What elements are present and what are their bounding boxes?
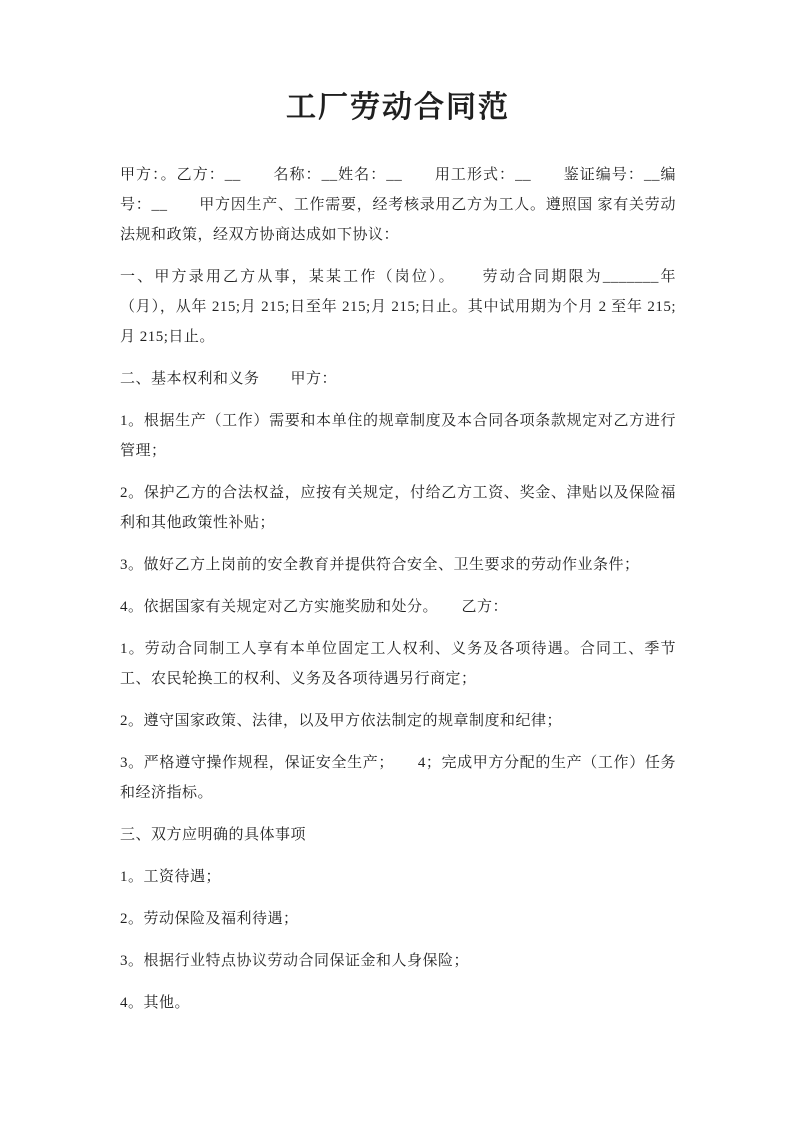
- list-item-matter-3-deposit-insurance: 3。根据行业特点协议劳动合同保证金和人身保险；: [120, 946, 676, 976]
- list-item-party-b-3-4: 3。严格遵守操作规程，保证安全生产； 4；完成甲方分配的生产（工作）任务和经济指…: [120, 748, 676, 808]
- list-item-matter-1-wages: 1。工资待遇；: [120, 862, 676, 892]
- list-item-party-a-2: 2。保护乙方的合法权益，应按有关规定，付给乙方工资、奖金、津贴以及保险福利和其他…: [120, 478, 676, 538]
- document-title: 工厂劳动合同范: [120, 88, 676, 127]
- list-item-matter-2-insurance-welfare: 2。劳动保险及福利待遇；: [120, 904, 676, 934]
- document-page: 工厂劳动合同范 甲方：。乙方：__ 名称：__姓名：__ 用工形式：__ 鉴证编…: [0, 0, 793, 1122]
- paragraph-clause-1-contract-term: 一、甲方录用乙方从事，某某工作（岗位）。 劳动合同期限为_______年（月），…: [120, 262, 676, 352]
- heading-clause-2-rights-obligations: 二、基本权利和义务 甲方：: [120, 364, 676, 394]
- paragraph-parties-and-intro: 甲方：。乙方：__ 名称：__姓名：__ 用工形式：__ 鉴证编号：__编号：_…: [120, 160, 676, 250]
- list-item-matter-4-other: 4。其他。: [120, 988, 676, 1018]
- list-item-party-b-2: 2。遵守国家政策、法律，以及甲方依法制定的规章制度和纪律；: [120, 706, 676, 736]
- list-item-party-b-1: 1。劳动合同制工人享有本单位固定工人权利、义务及各项待遇。合同工、季节工、农民轮…: [120, 634, 676, 694]
- heading-clause-3-specific-matters: 三、双方应明确的具体事项: [120, 820, 676, 850]
- list-item-party-a-3: 3。做好乙方上岗前的安全教育并提供符合安全、卫生要求的劳动作业条件；: [120, 550, 676, 580]
- list-item-party-a-4-party-b-header: 4。依据国家有关规定对乙方实施奖励和处分。 乙方：: [120, 592, 676, 622]
- list-item-party-a-1: 1。根据生产（工作）需要和本单住的规章制度及本合同各项条款规定对乙方进行管理；: [120, 406, 676, 466]
